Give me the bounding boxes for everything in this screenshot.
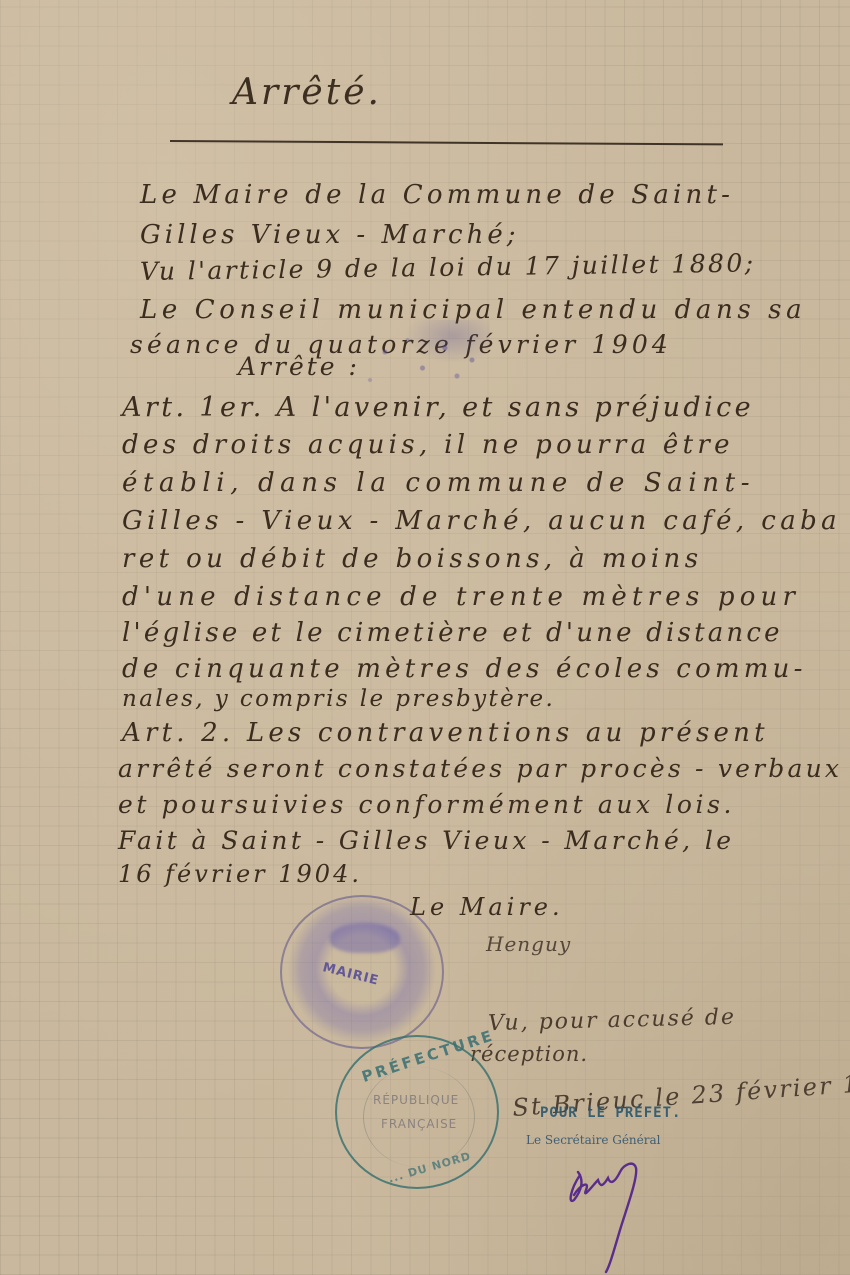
preamble-line: Le Conseil municipal entendu dans sa [140, 295, 806, 325]
article-2-line: et poursuivies conformément aux lois. [118, 790, 735, 819]
article-1-line: Gilles - Vieux - Marché, aucun café, cab… [122, 506, 841, 536]
decree-heading: Arrête : [238, 352, 360, 381]
prefect-stamp-line1: POUR LE PRÉFET. [540, 1105, 681, 1121]
prefect-stamp-line2: Le Secrétaire Général [526, 1133, 660, 1147]
article-1-line: nales, y compris le presbytère. [122, 686, 555, 712]
prefecture-stamp-line2: FRANÇAISE [381, 1117, 457, 1131]
article-1-line: d'une distance de trente mètres pour [122, 582, 800, 612]
article-1-line: l'église et le cimetière et d'une distan… [122, 618, 783, 648]
signatory-title: Le Maire. [410, 893, 564, 921]
mayor-signature: Henguy [486, 932, 571, 956]
closing-line: 16 février 1904. [118, 860, 362, 888]
article-1-line: Art. 1er. A l'avenir, et sans préjudice [122, 392, 754, 423]
preamble-line: séance du quatorze février 1904 [130, 330, 672, 359]
article-1-line: ret ou débit de boissons, à moins [122, 544, 702, 574]
secretary-signature-icon [560, 1150, 680, 1275]
prefecture-stamp-line1: RÉPUBLIQUE [373, 1093, 459, 1107]
article-2-line: Art. 2. Les contraventions au présent [122, 718, 769, 748]
eagle-emblem-icon [330, 923, 400, 953]
article-2-line: arrêté seront constatées par procès - ve… [118, 754, 842, 783]
article-1-line: établi, dans la commune de Saint- [122, 468, 755, 498]
closing-line: Fait à Saint - Gilles Vieux - Marché, le [118, 826, 734, 855]
article-1-line: de cinquante mètres des écoles commu- [122, 654, 807, 684]
preamble-line: Le Maire de la Commune de Saint- [140, 180, 734, 210]
prefecture-stamp: PRÉFECTURE RÉPUBLIQUE FRANÇAISE ... DU N… [335, 1035, 499, 1189]
article-1-line: des droits acquis, il ne pourra être [122, 430, 734, 460]
mairie-stamp-label: MAIRIE [321, 960, 380, 988]
document-title: Arrêté. [232, 72, 382, 113]
preamble-line: Gilles Vieux - Marché; [140, 220, 519, 250]
